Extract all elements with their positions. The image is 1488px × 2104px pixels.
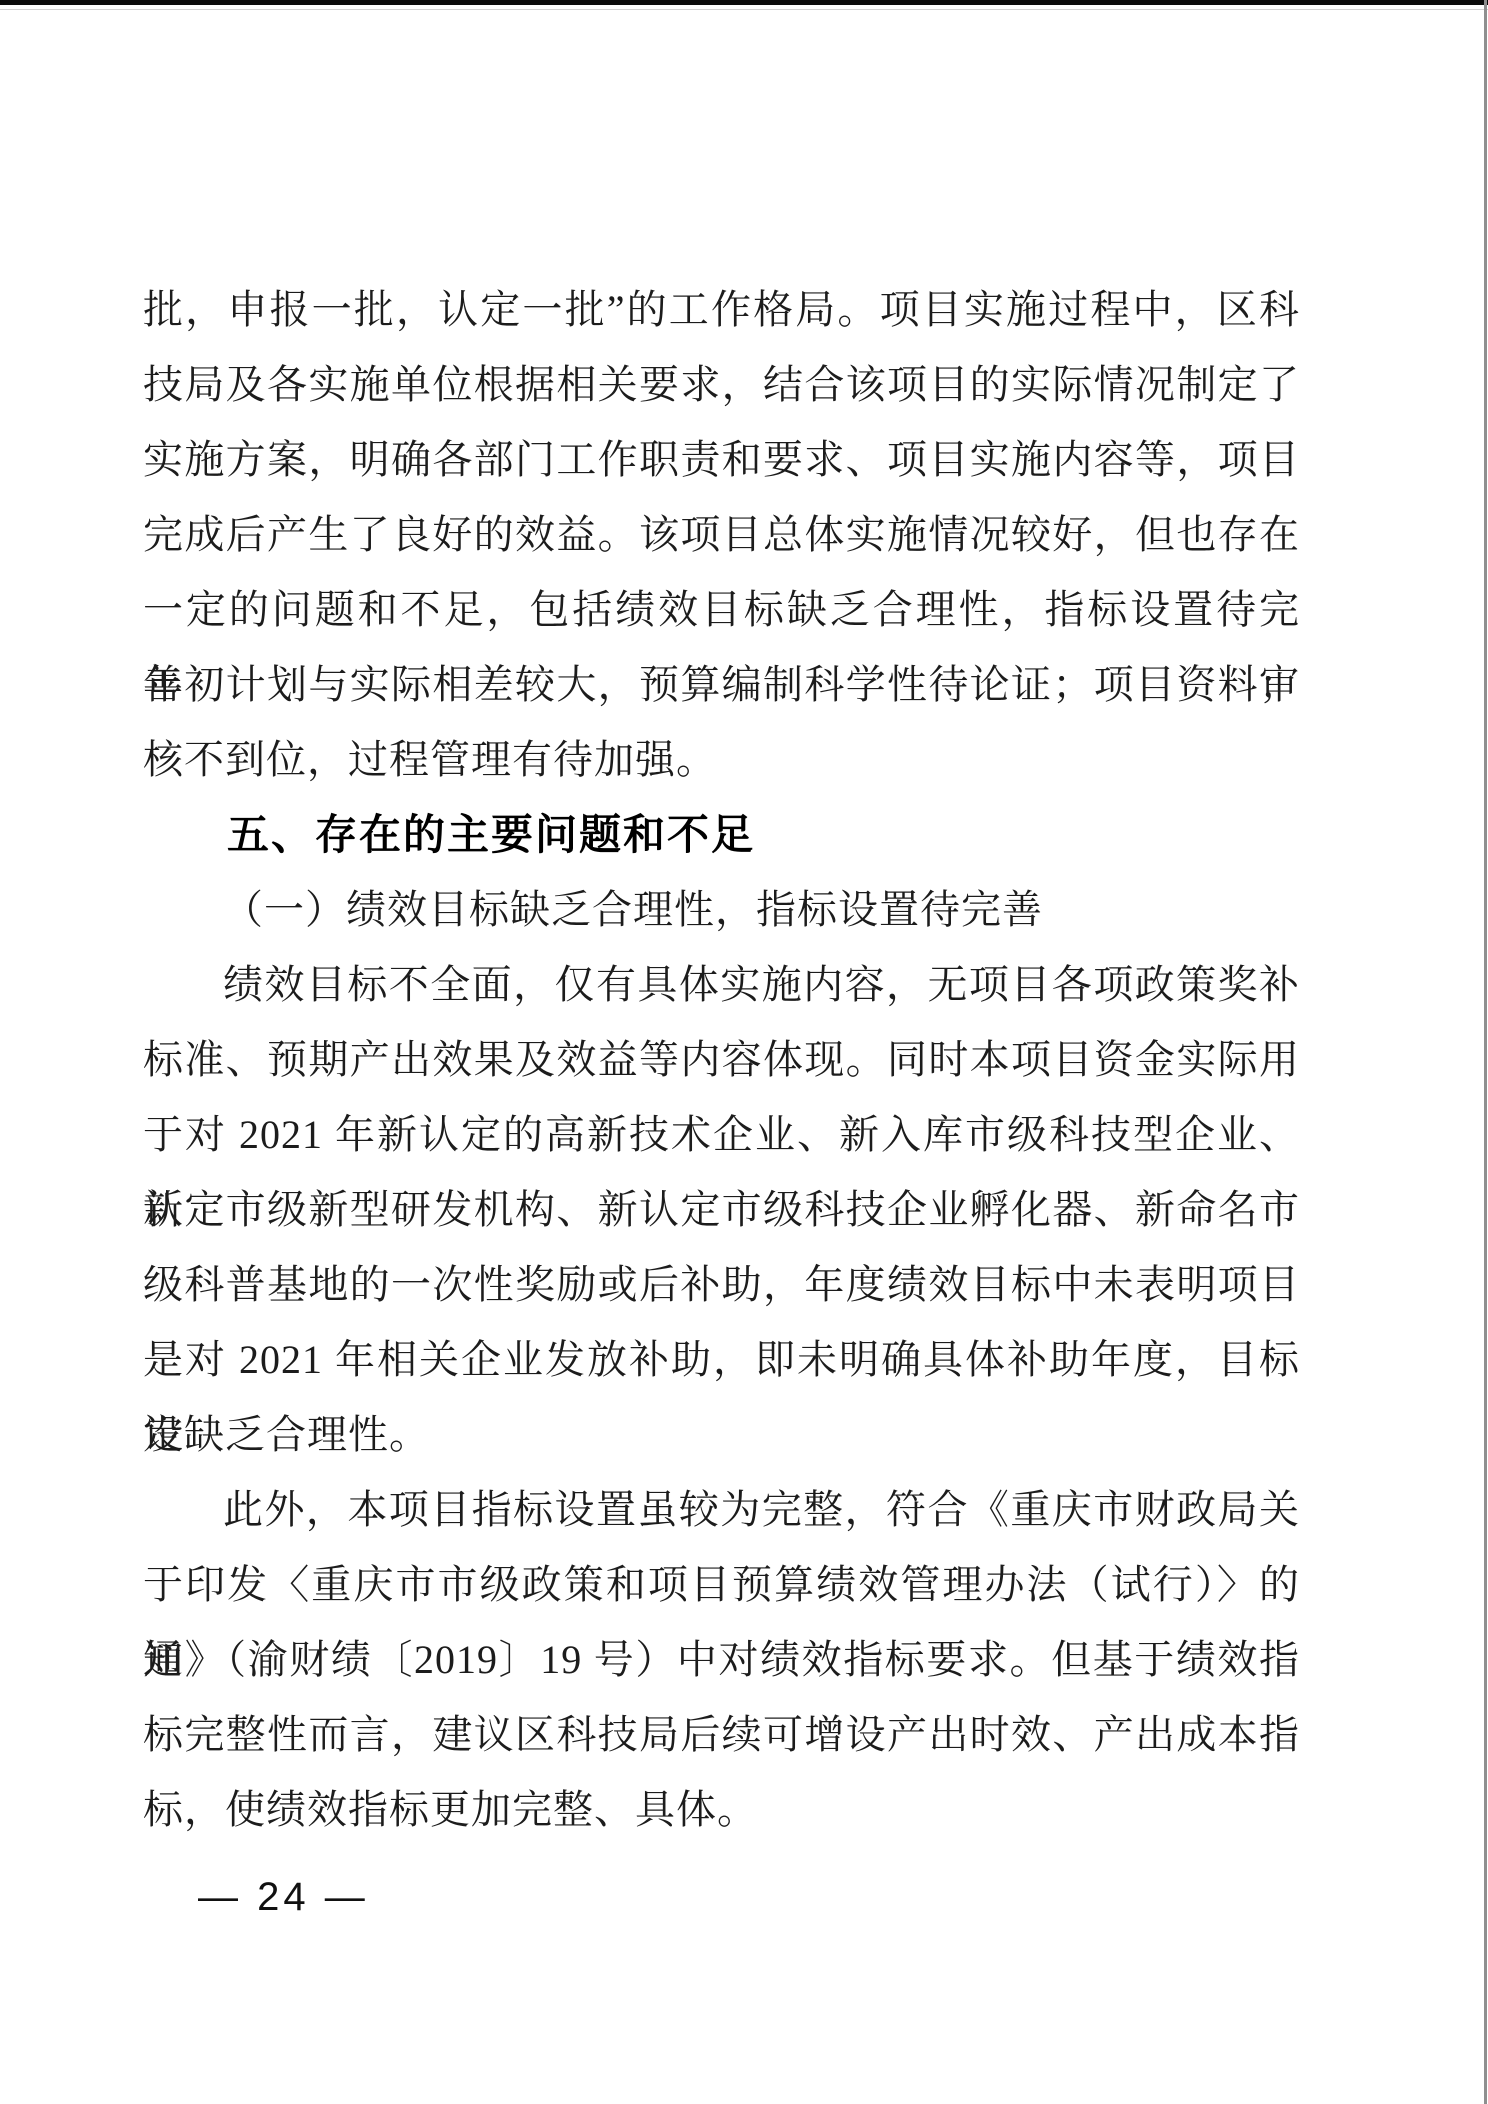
text-line: 标完整性而言，建议区科技局后续可增设产出时效、产出成本指 [143, 1697, 1300, 1772]
text-line: 绩效目标不全面，仅有具体实施内容，无项目各项政策奖补 [143, 947, 1300, 1022]
text-block: 批，申报一批，认定一批”的工作格局。项目实施过程中，区科技局及各实施单位根据相关… [143, 272, 1300, 1847]
scan-edge-right-line [1484, 0, 1487, 2104]
scan-edge-top-hairline [0, 9, 1488, 10]
text-line: 级科普基地的一次性奖励或后补助，年度绩效目标中未表明项目 [143, 1247, 1300, 1322]
text-line: 定缺乏合理性。 [143, 1397, 1300, 1472]
text-line: 标，使绩效指标更加完整、具体。 [143, 1772, 1300, 1847]
text-line: 完成后产生了良好的效益。该项目总体实施情况较好，但也存在 [143, 497, 1300, 572]
text-line: 知》（渝财绩〔2019〕19 号）中对绩效指标要求。但基于绩效指 [143, 1622, 1300, 1697]
text-line: 年初计划与实际相差较大，预算编制科学性待论证；项目资料审 [143, 647, 1300, 722]
text-line: 一定的问题和不足，包括绩效目标缺乏合理性，指标设置待完善； [143, 572, 1300, 647]
text-line: 批，申报一批，认定一批”的工作格局。项目实施过程中，区科 [143, 272, 1300, 347]
text-line: 于印发〈重庆市市级政策和项目预算绩效管理办法（试行）〉的通 [143, 1547, 1300, 1622]
section-heading: 五、存在的主要问题和不足 [143, 797, 1300, 872]
text-line: 是对 2021 年相关企业发放补助，即未明确具体补助年度，目标设 [143, 1322, 1300, 1397]
text-line: 此外，本项目指标设置虽较为完整，符合《重庆市财政局关 [143, 1472, 1300, 1547]
scanned-document-page: { "document": { "lines": [ { "style": "b… [0, 0, 1488, 2104]
text-line: 认定市级新型研发机构、新认定市级科技企业孵化器、新命名市 [143, 1172, 1300, 1247]
page-number: — 24 — [198, 1860, 369, 1935]
scan-edge-top-bar [0, 0, 1488, 5]
text-line: 实施方案，明确各部门工作职责和要求、项目实施内容等，项目 [143, 422, 1300, 497]
text-line: 标准、预期产出效果及效益等内容体现。同时本项目资金实际用 [143, 1022, 1300, 1097]
subsection-heading: （一）绩效目标缺乏合理性，指标设置待完善 [143, 872, 1300, 947]
text-line: 技局及各实施单位根据相关要求，结合该项目的实际情况制定了 [143, 347, 1300, 422]
text-line: 核不到位，过程管理有待加强。 [143, 722, 1300, 797]
text-line: 于对 2021 年新认定的高新技术企业、新入库市级科技型企业、新 [143, 1097, 1300, 1172]
